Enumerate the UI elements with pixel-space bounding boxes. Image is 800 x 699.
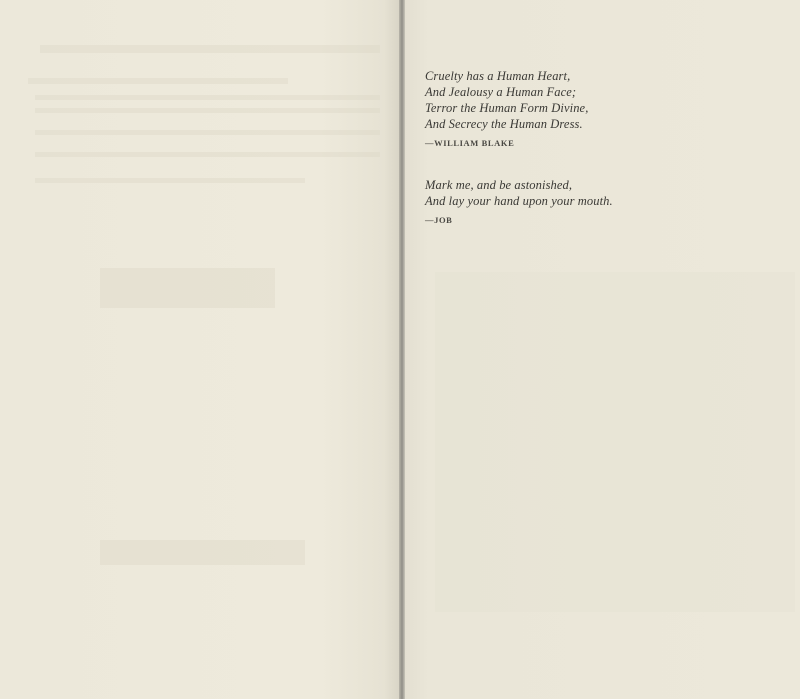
bleed-through-text bbox=[28, 78, 288, 84]
verse-line: Mark me, and be astonished, bbox=[425, 177, 613, 193]
verse-line: And lay your hand upon your mouth. bbox=[425, 193, 613, 209]
attribution: —JOB bbox=[425, 215, 613, 225]
verse-line: Cruelty has a Human Heart, bbox=[425, 68, 588, 84]
verse-line: Terror the Human Form Divine, bbox=[425, 100, 588, 116]
bleed-through-text bbox=[40, 45, 380, 53]
book-spread: Cruelty has a Human Heart, And Jealousy … bbox=[0, 0, 800, 699]
bleed-through-stamp bbox=[100, 268, 275, 308]
verse-line: And Jealousy a Human Face; bbox=[425, 84, 588, 100]
bleed-through-text bbox=[35, 108, 380, 113]
bleed-through-imprint bbox=[100, 540, 305, 565]
verse-line: And Secrecy the Human Dress. bbox=[425, 116, 588, 132]
bleed-through-text bbox=[435, 272, 795, 612]
attribution: —WILLIAM BLAKE bbox=[425, 138, 588, 148]
epigraph-job: Mark me, and be astonished, And lay your… bbox=[425, 177, 613, 225]
left-page bbox=[0, 0, 400, 699]
bleed-through-text bbox=[35, 130, 380, 135]
epigraph-blake: Cruelty has a Human Heart, And Jealousy … bbox=[425, 68, 588, 148]
bleed-through-text bbox=[35, 178, 305, 183]
bleed-through-text bbox=[35, 95, 380, 100]
bleed-through-text bbox=[35, 152, 380, 157]
